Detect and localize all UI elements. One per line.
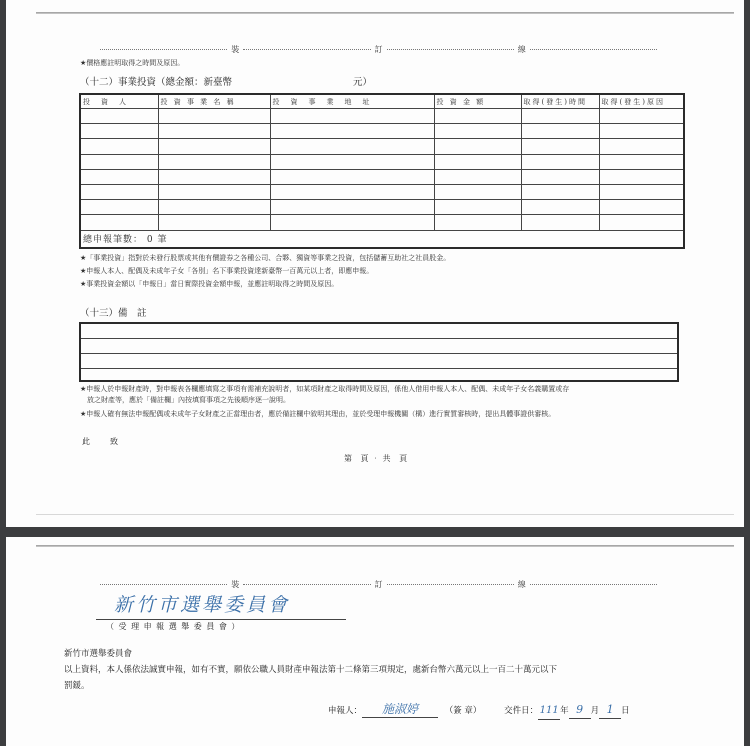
table-cell — [80, 184, 158, 199]
column-header-acquired-reason: 取得(發生)原因 — [599, 94, 684, 109]
remarks-line — [81, 339, 677, 354]
table-cell — [80, 124, 158, 139]
table-cell — [158, 124, 270, 139]
page-bottom-rule — [36, 514, 734, 515]
seal-label: （簽 章） — [445, 706, 482, 716]
table-row — [80, 109, 684, 124]
table-cell — [599, 124, 684, 139]
table-cell — [521, 109, 599, 124]
table-cell — [270, 184, 434, 199]
binding-mark: 裝 — [231, 44, 239, 55]
closing-salutation: 此 致 — [82, 436, 124, 447]
table-row — [80, 200, 684, 215]
page-number: 第 頁‧共 頁 — [344, 453, 410, 464]
table-cell — [434, 200, 521, 215]
remarks-note-2: ★申報人確有無法申報配偶或未成年子女財產之正當理由者，應於備註欄中敘明其理由，並… — [80, 409, 555, 419]
declarant-signature: 施淑婷 — [362, 701, 438, 718]
table-cell — [270, 139, 434, 154]
table-cell — [434, 154, 521, 169]
total-label: 總申報筆數： — [83, 235, 143, 245]
declaration-text: 以上資料，本人係依法誠實申報，如有不實，願依公職人員財產申報法第十二條第三項規定… — [64, 662, 557, 678]
total-count: 總申報筆數： 0 筆 — [80, 230, 684, 248]
declaration-text-cont: 罰鍰。 — [64, 678, 90, 694]
binding-mark: 訂 — [375, 44, 383, 55]
table-cell — [80, 200, 158, 215]
table-row — [80, 139, 684, 154]
table-cell — [270, 109, 434, 124]
table-cell — [434, 215, 521, 230]
table-cell — [434, 139, 521, 154]
section-12-title: （十二）事業投資（總金額：新臺幣 元） — [80, 74, 232, 88]
table-cell — [270, 154, 434, 169]
column-header-acquired-time: 取得(發生)時間 — [521, 94, 599, 109]
table-cell — [434, 124, 521, 139]
column-header-business-address: 投 資 事 業 地 址 — [270, 94, 434, 109]
table-cell — [80, 215, 158, 230]
remarks-line — [81, 354, 677, 369]
investment-note-2: ★申報人本人、配偶及未成年子女「各別」名下事業投資達新臺幣一百萬元以上者，即應申… — [80, 266, 373, 276]
investment-note-3: ★事業投資金額以「申報日」當日實際投資金額申報，並應註明取得之時間及原因。 — [80, 279, 338, 289]
handwritten-agency-name: 新竹市選舉委員會 — [114, 590, 290, 617]
business-investment-table: 投 資 人 投 資 事 業 名 稱 投 資 事 業 地 址 投 資 金 額 取得… — [79, 93, 685, 249]
table-cell — [80, 154, 158, 169]
table-cell — [158, 139, 270, 154]
table-cell — [434, 184, 521, 199]
investment-note-1: ★「事業投資」指對於未發行股票或其他有價證券之各種公司、合夥、獨資等事業之投資，… — [80, 253, 450, 263]
table-cell — [521, 200, 599, 215]
table-cell — [158, 200, 270, 215]
section-12-title-text: （十二）事業投資（總金額：新臺幣 — [80, 77, 232, 88]
remarks-note-1-cont: 放之財產等，應於「備註欄」內按填寫事項之先後順序逐一說明。 — [80, 395, 290, 405]
total-value: 0 — [147, 235, 154, 245]
submit-month: 9 — [569, 702, 591, 719]
price-note: ★價格應註明取得之時間及原因。 — [80, 58, 184, 68]
table-cell — [158, 154, 270, 169]
submit-year: 111 — [538, 703, 560, 720]
signature-row: 申報人：施淑婷 （簽 章） 交件日：111年9月1日 — [328, 701, 630, 720]
binding-line: 裝 訂 線 — [96, 578, 661, 590]
page-top-rule — [36, 545, 734, 547]
table-cell — [599, 169, 684, 184]
table-row — [80, 124, 684, 139]
column-header-investor: 投 資 人 — [80, 94, 158, 109]
binding-mark: 訂 — [375, 579, 383, 590]
table-cell — [521, 169, 599, 184]
section-12-title-suffix: 元） — [353, 74, 372, 88]
table-cell — [80, 109, 158, 124]
page-top-rule — [36, 12, 734, 14]
table-cell — [599, 184, 684, 199]
table-cell — [521, 154, 599, 169]
table-cell — [599, 139, 684, 154]
binding-mark: 線 — [518, 44, 526, 55]
remarks-box — [79, 322, 679, 382]
table-row — [80, 169, 684, 184]
remarks-line — [81, 369, 677, 383]
submit-day: 1 — [599, 702, 621, 719]
section-13-title: （十三）備 註 — [80, 305, 147, 319]
table-cell — [80, 139, 158, 154]
binding-mark: 線 — [518, 579, 526, 590]
column-header-business-name: 投 資 事 業 名 稱 — [158, 94, 270, 109]
table-cell — [434, 109, 521, 124]
table-cell — [434, 169, 521, 184]
table-cell — [599, 200, 684, 215]
declarant-label: 申報人： — [328, 706, 362, 716]
table-row — [80, 215, 684, 230]
table-cell — [158, 169, 270, 184]
month-unit: 月 — [591, 706, 600, 716]
table-cell — [158, 109, 270, 124]
binding-line: 裝 訂 線 — [96, 43, 661, 55]
table-cell — [599, 109, 684, 124]
year-unit: 年 — [560, 706, 569, 716]
table-header-row: 投 資 人 投 資 事 業 名 稱 投 資 事 業 地 址 投 資 金 額 取得… — [80, 94, 684, 109]
document-page-1: 裝 訂 線 ★價格應註明取得之時間及原因。 （十二）事業投資（總金額：新臺幣 元… — [6, 0, 744, 527]
table-cell — [270, 215, 434, 230]
total-row: 總申報筆數： 0 筆 — [80, 230, 684, 248]
table-cell — [158, 184, 270, 199]
column-header-amount: 投 資 金 額 — [434, 94, 521, 109]
table-cell — [521, 124, 599, 139]
day-unit: 日 — [621, 706, 630, 716]
table-cell — [158, 215, 270, 230]
table-cell — [521, 215, 599, 230]
table-cell — [270, 169, 434, 184]
binding-mark: 裝 — [231, 579, 239, 590]
total-unit: 筆 — [158, 235, 168, 245]
table-cell — [270, 200, 434, 215]
table-cell — [599, 215, 684, 230]
table-row — [80, 184, 684, 199]
table-cell — [599, 154, 684, 169]
agency-caption: （ 受 理 申 報 選 舉 委 員 會 ） — [106, 619, 240, 635]
submit-date-label: 交件日： — [504, 706, 538, 716]
document-page-2: 裝 訂 線 新竹市選舉委員會 （ 受 理 申 報 選 舉 委 員 會 ） 新竹市… — [6, 537, 744, 746]
table-cell — [270, 124, 434, 139]
table-row — [80, 154, 684, 169]
table-cell — [80, 169, 158, 184]
remarks-note-1: ★申報人於申報財產時，對申報表各欄應填寫之事項有需補充說明者，如某項財產之取得時… — [80, 384, 569, 394]
remarks-line — [81, 324, 677, 339]
addressee: 新竹市選舉委員會 — [64, 646, 132, 662]
table-cell — [521, 139, 599, 154]
table-cell — [521, 184, 599, 199]
